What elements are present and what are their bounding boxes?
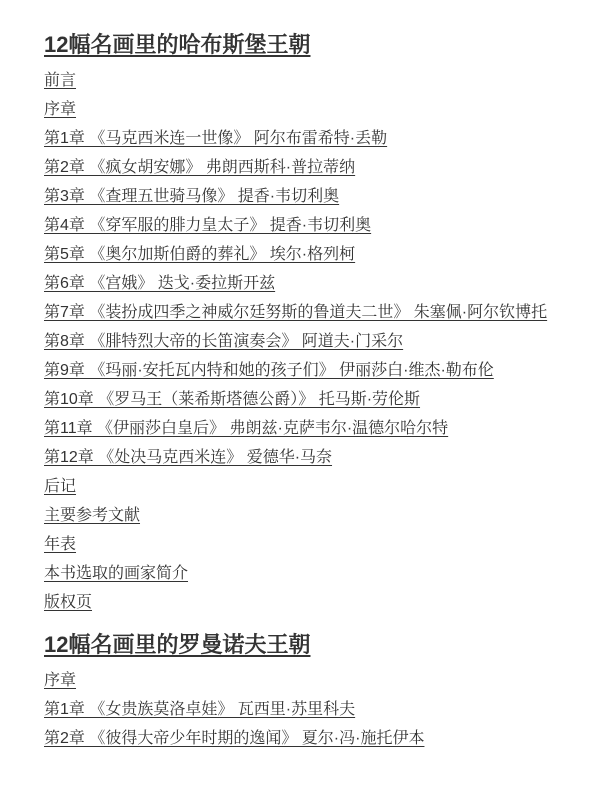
toc-entry-link[interactable]: 序章: [44, 672, 76, 689]
toc-item: 序章: [44, 669, 562, 692]
toc-entry-link[interactable]: 第2章 《彼得大帝少年时期的逸闻》 夏尔·冯·施托伊本: [44, 730, 424, 747]
toc-entry-link[interactable]: 第11章 《伊丽莎白皇后》 弗朗兹·克萨韦尔·温德尔哈尔特: [44, 420, 448, 437]
toc-item: 序章: [44, 98, 562, 121]
toc-item: 第3章 《查理五世骑马像》 提香·韦切利奥: [44, 185, 562, 208]
toc-entry-link[interactable]: 版权页: [44, 594, 92, 611]
toc-item: 第1章 《马克西米连一世像》 阿尔布雷希特·丢勒: [44, 127, 562, 150]
book-title-link[interactable]: 12幅名画里的罗曼诺夫王朝: [44, 632, 310, 657]
toc-item: 主要参考文献: [44, 504, 562, 527]
toc-entry-link[interactable]: 第2章 《疯女胡安娜》 弗朗西斯科·普拉蒂纳: [44, 159, 355, 176]
toc-entry-link[interactable]: 本书选取的画家简介: [44, 565, 188, 582]
toc-item: 年表: [44, 533, 562, 556]
toc-entry-link[interactable]: 年表: [44, 536, 76, 553]
toc-item: 第12章 《处决马克西米连》 爱德华·马奈: [44, 446, 562, 469]
toc-entry-link[interactable]: 第12章 《处决马克西米连》 爱德华·马奈: [44, 449, 332, 466]
toc-entry-link[interactable]: 第7章 《装扮成四季之神威尔廷努斯的鲁道夫二世》 朱塞佩·阿尔钦博托: [44, 304, 547, 321]
toc-item: 第11章 《伊丽莎白皇后》 弗朗兹·克萨韦尔·温德尔哈尔特: [44, 417, 562, 440]
toc-entry-link[interactable]: 第9章 《玛丽·安托瓦内特和她的孩子们》 伊丽莎白·维杰·勒布伦: [44, 362, 494, 379]
toc-entry-link[interactable]: 后记: [44, 478, 76, 495]
toc-item: 第8章 《腓特烈大帝的长笛演奏会》 阿道夫·门采尔: [44, 330, 562, 353]
toc-list: 序章 第1章 《女贵族莫洛卓娃》 瓦西里·苏里科夫 第2章 《彼得大帝少年时期的…: [44, 669, 562, 750]
toc-item: 第7章 《装扮成四季之神威尔廷努斯的鲁道夫二世》 朱塞佩·阿尔钦博托: [44, 301, 562, 324]
toc-item: 第2章 《彼得大帝少年时期的逸闻》 夏尔·冯·施托伊本: [44, 727, 562, 750]
toc-entry-link[interactable]: 前言: [44, 72, 76, 89]
toc-entry-link[interactable]: 第6章 《宫娥》 迭戈·委拉斯开兹: [44, 275, 275, 292]
book-title: 12幅名画里的罗曼诺夫王朝: [44, 630, 562, 660]
toc-entry-link[interactable]: 第3章 《查理五世骑马像》 提香·韦切利奥: [44, 188, 339, 205]
toc-entry-link[interactable]: 主要参考文献: [44, 507, 140, 524]
toc-entry-link[interactable]: 第4章 《穿军服的腓力皇太子》 提香·韦切利奥: [44, 217, 371, 234]
table-of-contents: 12幅名画里的哈布斯堡王朝 前言 序章 第1章 《马克西米连一世像》 阿尔布雷希…: [44, 30, 562, 750]
book-title: 12幅名画里的哈布斯堡王朝: [44, 30, 562, 60]
toc-entry-link[interactable]: 第5章 《奥尔加斯伯爵的葬礼》 埃尔·格列柯: [44, 246, 355, 263]
toc-entry-link[interactable]: 第1章 《女贵族莫洛卓娃》 瓦西里·苏里科夫: [44, 701, 355, 718]
toc-item: 版权页: [44, 591, 562, 614]
book-section: 12幅名画里的罗曼诺夫王朝 序章 第1章 《女贵族莫洛卓娃》 瓦西里·苏里科夫 …: [44, 630, 562, 750]
toc-item: 前言: [44, 69, 562, 92]
toc-list: 前言 序章 第1章 《马克西米连一世像》 阿尔布雷希特·丢勒 第2章 《疯女胡安…: [44, 69, 562, 614]
toc-item: 第9章 《玛丽·安托瓦内特和她的孩子们》 伊丽莎白·维杰·勒布伦: [44, 359, 562, 382]
toc-entry-link[interactable]: 第10章 《罗马王（莱希斯塔德公爵）》 托马斯·劳伦斯: [44, 391, 420, 408]
toc-item: 第5章 《奥尔加斯伯爵的葬礼》 埃尔·格列柯: [44, 243, 562, 266]
book-section: 12幅名画里的哈布斯堡王朝 前言 序章 第1章 《马克西米连一世像》 阿尔布雷希…: [44, 30, 562, 614]
toc-page: 12幅名画里的哈布斯堡王朝 前言 序章 第1章 《马克西米连一世像》 阿尔布雷希…: [0, 0, 600, 800]
toc-item: 第6章 《宫娥》 迭戈·委拉斯开兹: [44, 272, 562, 295]
toc-entry-link[interactable]: 第1章 《马克西米连一世像》 阿尔布雷希特·丢勒: [44, 130, 387, 147]
toc-item: 第1章 《女贵族莫洛卓娃》 瓦西里·苏里科夫: [44, 698, 562, 721]
book-title-link[interactable]: 12幅名画里的哈布斯堡王朝: [44, 32, 310, 57]
toc-item: 后记: [44, 475, 562, 498]
toc-item: 第2章 《疯女胡安娜》 弗朗西斯科·普拉蒂纳: [44, 156, 562, 179]
toc-entry-link[interactable]: 序章: [44, 101, 76, 118]
toc-item: 本书选取的画家简介: [44, 562, 562, 585]
toc-entry-link[interactable]: 第8章 《腓特烈大帝的长笛演奏会》 阿道夫·门采尔: [44, 333, 403, 350]
toc-item: 第10章 《罗马王（莱希斯塔德公爵）》 托马斯·劳伦斯: [44, 388, 562, 411]
toc-item: 第4章 《穿军服的腓力皇太子》 提香·韦切利奥: [44, 214, 562, 237]
